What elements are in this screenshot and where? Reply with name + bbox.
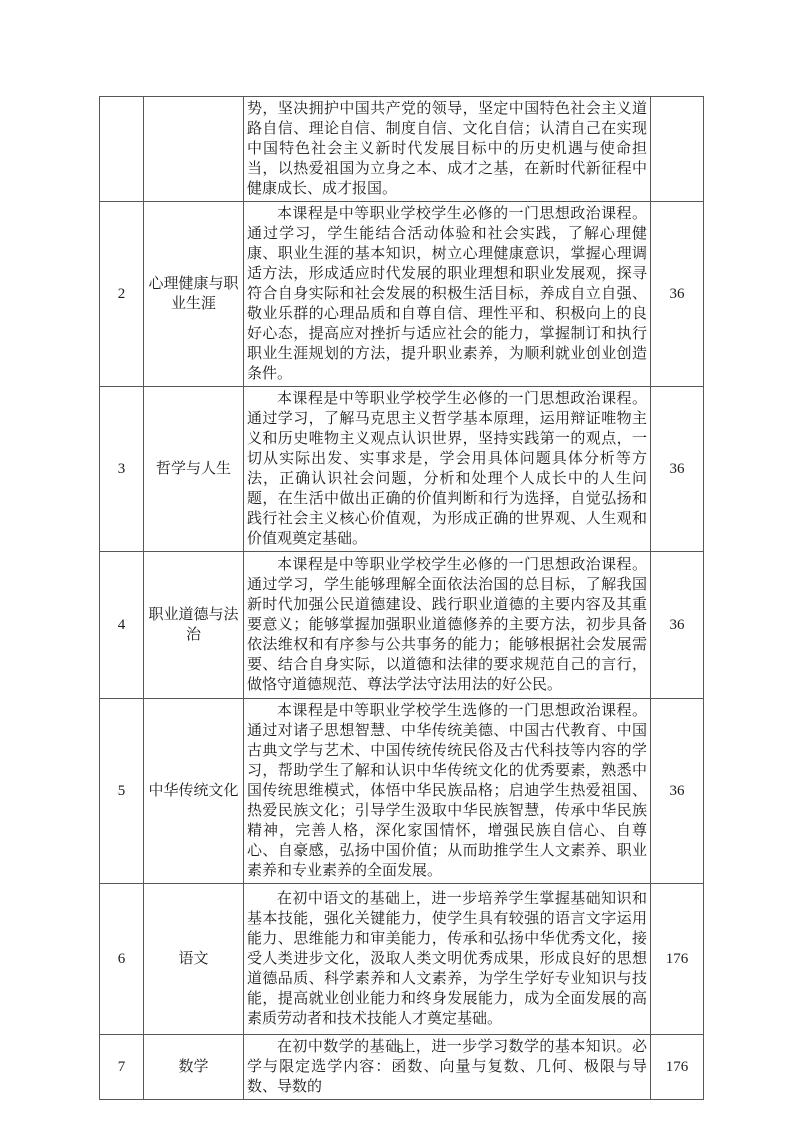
table-row: 3 哲学与人生 本课程是中等职业学校学生必修的一门思想政治课程。通过学习，了解马… [100,387,704,552]
course-description-cell: 本课程是中等职业学校学生必修的一门思想政治课程。通过学习，了解马克思主义哲学基本… [244,387,651,552]
row-number-cell: 4 [100,552,144,699]
course-name-cell: 哲学与人生 [144,387,244,552]
table-row: 5 中华传统文化 本课程是中等职业学校学生选修的一门思想政治课程。通过对诸子思想… [100,699,704,884]
course-description-text: 本课程是中等职业学校学生选修的一门思想政治课程。通过对诸子思想智慧、中华传统美德… [247,701,647,881]
row-number-cell: 6 [100,884,144,1035]
course-plan-table: 势，坚决拥护中国共产党的领导，坚定中国特色社会主义道路自信、理论自信、制度自信、… [99,96,704,1100]
course-name-cell: 职业道德与法治 [144,552,244,699]
course-description-cell: 本课程是中等职业学校学生必修的一门思想政治课程。通过学习，学生能够理解全面依法治… [244,552,651,699]
course-name-cell: 心理健康与职业生涯 [144,202,244,387]
row-number-cell: 3 [100,387,144,552]
table-row: 4 职业道德与法治 本课程是中等职业学校学生必修的一门思想政治课程。通过学习，学… [100,552,704,699]
course-description-text: 本课程是中等职业学校学生必修的一门思想政治课程。通过学习，学生能够理解全面依法治… [247,555,647,695]
course-description-text: 本课程是中等职业学校学生必修的一门思想政治课程。通过学习，了解马克思主义哲学基本… [247,389,647,549]
course-description-cell: 本课程是中等职业学校学生必修的一门思想政治课程。通过学习，学生能结合活动体验和社… [244,202,651,387]
table-row: 2 心理健康与职业生涯 本课程是中等职业学校学生必修的一门思想政治课程。通过学习… [100,202,704,387]
course-hours-cell: 36 [651,387,704,552]
course-hours-cell: 36 [651,552,704,699]
course-hours-cell: 36 [651,202,704,387]
course-description-text: 势，坚决拥护中国共产党的领导，坚定中国特色社会主义道路自信、理论自信、制度自信、… [247,99,647,199]
course-description-cell: 本课程是中等职业学校学生选修的一门思想政治课程。通过对诸子思想智慧、中华传统美德… [244,699,651,884]
course-hours-cell [651,97,704,202]
course-description-cell: 在初中语文的基础上，进一步培养学生掌握基础知识和基本技能，强化关键能力，使学生具… [244,884,651,1035]
table-row-continuation: 势，坚决拥护中国共产党的领导，坚定中国特色社会主义道路自信、理论自信、制度自信、… [100,97,704,202]
course-name-cell: 语文 [144,884,244,1035]
row-number-cell [100,97,144,202]
page-number: 6 [0,1041,800,1057]
course-description-text: 本课程是中等职业学校学生必修的一门思想政治课程。通过学习，学生能结合活动体验和社… [247,204,647,384]
document-page: 势，坚决拥护中国共产党的领导，坚定中国特色社会主义道路自信、理论自信、制度自信、… [0,0,800,1130]
course-hours-cell: 176 [651,884,704,1035]
course-description-text: 在初中语文的基础上，进一步培养学生掌握基础知识和基本技能，强化关键能力，使学生具… [247,889,647,1029]
row-number-cell: 5 [100,699,144,884]
table-row: 6 语文 在初中语文的基础上，进一步培养学生掌握基础知识和基本技能，强化关键能力… [100,884,704,1035]
row-number-cell: 2 [100,202,144,387]
course-description-cell: 势，坚决拥护中国共产党的领导，坚定中国特色社会主义道路自信、理论自信、制度自信、… [244,97,651,202]
course-hours-cell: 36 [651,699,704,884]
course-name-cell [144,97,244,202]
course-name-cell: 中华传统文化 [144,699,244,884]
